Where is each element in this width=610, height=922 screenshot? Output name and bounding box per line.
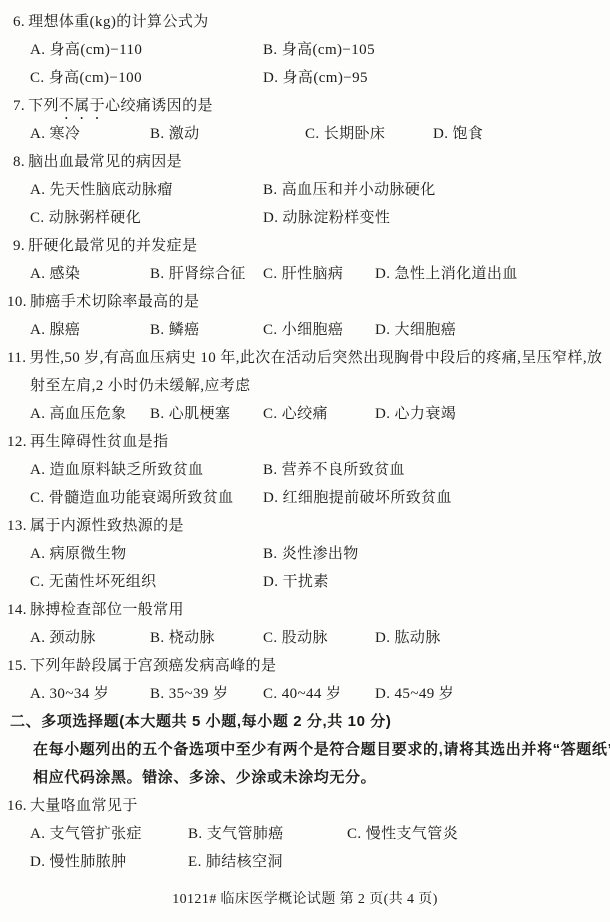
question-stem: 16.大量咯血常见于 [0, 792, 610, 820]
question-stem: 8.脑出血最常见的病因是 [0, 148, 610, 176]
option-a: A. 病原微生物 [30, 540, 263, 568]
question-stem: 14.脉搏检查部位一般常用 [0, 596, 610, 624]
option-b: B. 35~39 岁 [150, 680, 263, 708]
option-c: C. 动脉粥样硬化 [30, 204, 263, 232]
option-d: D. 急性上消化道出血 [375, 260, 610, 288]
stem-emphasized-text: 不属于 [59, 98, 105, 114]
question-number: 13. [7, 518, 27, 534]
question-9: 9.肝硬化最常见的并发症是 A. 感染 B. 肝肾综合征 C. 肝性脑病 D. … [0, 232, 610, 288]
option-d: D. 身高(cm)−95 [263, 64, 610, 92]
stem-text: 男性,50 岁,有高血压病史 10 年,此次在活动后突然出现胸骨中段后的疼痛,呈… [29, 350, 602, 366]
option-b: B. 炎性渗出物 [263, 540, 610, 568]
options-row: A. 支气管扩张症 B. 支气管肺癌 C. 慢性支气管炎 [0, 820, 610, 848]
stem-text: 心绞痛诱因的是 [105, 98, 213, 114]
options-row: A. 30~34 岁 B. 35~39 岁 C. 40~44 岁 D. 45~4… [0, 680, 610, 708]
option-b: B. 桡动脉 [150, 624, 263, 652]
options-row: C. 无菌性坏死组织 D. 干扰素 [0, 568, 610, 596]
option-b: B. 鳞癌 [150, 316, 263, 344]
option-d: D. 45~49 岁 [375, 680, 610, 708]
question-stem-continued: 射至左肩,2 小时仍未缓解,应考虑 [0, 372, 610, 400]
option-a: A. 寒冷 [30, 120, 150, 148]
stem-text: 射至左肩,2 小时仍未缓解,应考虑 [30, 378, 251, 394]
option-d: D. 肱动脉 [375, 624, 610, 652]
option-b: B. 高血压和并小动脉硬化 [263, 176, 610, 204]
option-b: B. 肝肾综合征 [150, 260, 263, 288]
question-number: 6. [13, 14, 25, 30]
options-row: A. 腺癌 B. 鳞癌 C. 小细胞癌 D. 大细胞癌 [0, 316, 610, 344]
option-b: B. 心肌梗塞 [150, 400, 263, 428]
options-row: A. 先天性脑底动脉瘤 B. 高血压和并小动脉硬化 [0, 176, 610, 204]
option-b: B. 激动 [150, 120, 305, 148]
option-d: D. 慢性肺脓肿 [30, 848, 188, 876]
option-a: A. 先天性脑底动脉瘤 [30, 176, 263, 204]
question-number: 16. [7, 798, 27, 814]
options-row: A. 身高(cm)−110 B. 身高(cm)−105 [0, 36, 610, 64]
option-c: C. 长期卧床 [305, 120, 433, 148]
question-number: 14. [7, 602, 27, 618]
exam-page: 6.理想体重(kg)的计算公式为 A. 身高(cm)−110 B. 身高(cm)… [0, 0, 610, 914]
option-a: A. 颈动脉 [30, 624, 150, 652]
section-instruction-line-1: 在每小题列出的五个备选项中至少有两个是符合题目要求的,请将其选出并将“答题纸”的 [0, 736, 610, 764]
stem-text: 大量咯血常见于 [30, 798, 138, 814]
options-row: D. 慢性肺脓肿 E. 肺结核空洞 [0, 848, 610, 876]
options-row: A. 感染 B. 肝肾综合征 C. 肝性脑病 D. 急性上消化道出血 [0, 260, 610, 288]
question-stem: 9.肝硬化最常见的并发症是 [0, 232, 610, 260]
question-number: 10. [7, 294, 27, 310]
question-stem: 7.下列不属于心绞痛诱因的是 [0, 92, 610, 120]
stem-text: 下列 [28, 98, 59, 114]
section-title: 二、多项选择题(本大题共 5 小题,每小题 2 分,共 10 分) [0, 708, 610, 736]
question-stem: 10.肺癌手术切除率最高的是 [0, 288, 610, 316]
stem-text: 肺癌手术切除率最高的是 [30, 294, 199, 310]
question-number: 12. [7, 434, 27, 450]
option-d: D. 干扰素 [263, 568, 610, 596]
option-c: C. 股动脉 [263, 624, 375, 652]
stem-text: 理想体重(kg)的计算公式为 [28, 14, 209, 30]
question-11: 11.男性,50 岁,有高血压病史 10 年,此次在活动后突然出现胸骨中段后的疼… [0, 344, 610, 428]
options-row: A. 颈动脉 B. 桡动脉 C. 股动脉 D. 肱动脉 [0, 624, 610, 652]
options-row: C. 骨髓造血功能衰竭所致贫血 D. 红细胞提前破坏所致贫血 [0, 484, 610, 512]
option-a: A. 身高(cm)−110 [30, 36, 263, 64]
question-16: 16.大量咯血常见于 A. 支气管扩张症 B. 支气管肺癌 C. 慢性支气管炎 … [0, 792, 610, 876]
option-c: C. 40~44 岁 [263, 680, 375, 708]
option-d: D. 动脉淀粉样变性 [263, 204, 610, 232]
question-number: 7. [13, 98, 25, 114]
question-7: 7.下列不属于心绞痛诱因的是 A. 寒冷 B. 激动 C. 长期卧床 D. 饱食 [0, 92, 610, 148]
question-10: 10.肺癌手术切除率最高的是 A. 腺癌 B. 鳞癌 C. 小细胞癌 D. 大细… [0, 288, 610, 344]
question-stem: 13.属于内源性致热源的是 [0, 512, 610, 540]
option-d: D. 饱食 [433, 120, 610, 148]
question-stem: 11.男性,50 岁,有高血压病史 10 年,此次在活动后突然出现胸骨中段后的疼… [0, 344, 610, 372]
section-2: 二、多项选择题(本大题共 5 小题,每小题 2 分,共 10 分) 在每小题列出… [0, 708, 610, 792]
options-row: A. 病原微生物 B. 炎性渗出物 [0, 540, 610, 568]
stem-text: 脑出血最常见的病因是 [28, 154, 182, 170]
option-c: C. 骨髓造血功能衰竭所致贫血 [30, 484, 263, 512]
stem-text: 属于内源性致热源的是 [30, 518, 184, 534]
question-number: 9. [13, 238, 25, 254]
question-14: 14.脉搏检查部位一般常用 A. 颈动脉 B. 桡动脉 C. 股动脉 D. 肱动… [0, 596, 610, 652]
options-row: A. 寒冷 B. 激动 C. 长期卧床 D. 饱食 [0, 120, 610, 148]
question-13: 13.属于内源性致热源的是 A. 病原微生物 B. 炎性渗出物 C. 无菌性坏死… [0, 512, 610, 596]
question-number: 8. [13, 154, 25, 170]
option-c: C. 无菌性坏死组织 [30, 568, 263, 596]
option-a: A. 30~34 岁 [30, 680, 150, 708]
options-row: A. 造血原料缺乏所致贫血 B. 营养不良所致贫血 [0, 456, 610, 484]
stem-text: 下列年龄段属于宫颈癌发病高峰的是 [30, 658, 276, 674]
option-c: C. 心绞痛 [263, 400, 375, 428]
option-b: B. 身高(cm)−105 [263, 36, 610, 64]
stem-text: 肝硬化最常见的并发症是 [28, 238, 197, 254]
option-e: E. 肺结核空洞 [188, 848, 610, 876]
option-b: B. 营养不良所致贫血 [263, 456, 610, 484]
option-d: D. 心力衰竭 [375, 400, 610, 428]
question-number: 11. [7, 350, 26, 366]
option-a: A. 支气管扩张症 [30, 820, 188, 848]
stem-text: 脉搏检查部位一般常用 [30, 602, 184, 618]
option-a: A. 造血原料缺乏所致贫血 [30, 456, 263, 484]
options-row: C. 身高(cm)−100 D. 身高(cm)−95 [0, 64, 610, 92]
question-stem: 15.下列年龄段属于宫颈癌发病高峰的是 [0, 652, 610, 680]
question-15: 15.下列年龄段属于宫颈癌发病高峰的是 A. 30~34 岁 B. 35~39 … [0, 652, 610, 708]
question-8: 8.脑出血最常见的病因是 A. 先天性脑底动脉瘤 B. 高血压和并小动脉硬化 C… [0, 148, 610, 232]
options-row: A. 高血压危象 B. 心肌梗塞 C. 心绞痛 D. 心力衰竭 [0, 400, 610, 428]
option-c: C. 慢性支气管炎 [347, 820, 610, 848]
option-a: A. 腺癌 [30, 316, 150, 344]
option-c: C. 肝性脑病 [263, 260, 375, 288]
option-c: C. 身高(cm)−100 [30, 64, 263, 92]
option-a: A. 高血压危象 [30, 400, 150, 428]
options-row: C. 动脉粥样硬化 D. 动脉淀粉样变性 [0, 204, 610, 232]
question-12: 12.再生障碍性贫血是指 A. 造血原料缺乏所致贫血 B. 营养不良所致贫血 C… [0, 428, 610, 512]
question-stem: 12.再生障碍性贫血是指 [0, 428, 610, 456]
option-b: B. 支气管肺癌 [188, 820, 347, 848]
option-c: C. 小细胞癌 [263, 316, 375, 344]
page-footer: 10121# 临床医学概论试题 第 2 页(共 4 页) [0, 886, 610, 914]
question-number: 15. [7, 658, 27, 674]
option-d: D. 大细胞癌 [375, 316, 610, 344]
question-stem: 6.理想体重(kg)的计算公式为 [0, 8, 610, 36]
stem-text: 再生障碍性贫血是指 [30, 434, 169, 450]
option-a: A. 感染 [30, 260, 150, 288]
section-instruction-line-2: 相应代码涂黑。错涂、多涂、少涂或未涂均无分。 [0, 764, 610, 792]
option-d: D. 红细胞提前破坏所致贫血 [263, 484, 610, 512]
question-6: 6.理想体重(kg)的计算公式为 A. 身高(cm)−110 B. 身高(cm)… [0, 8, 610, 92]
